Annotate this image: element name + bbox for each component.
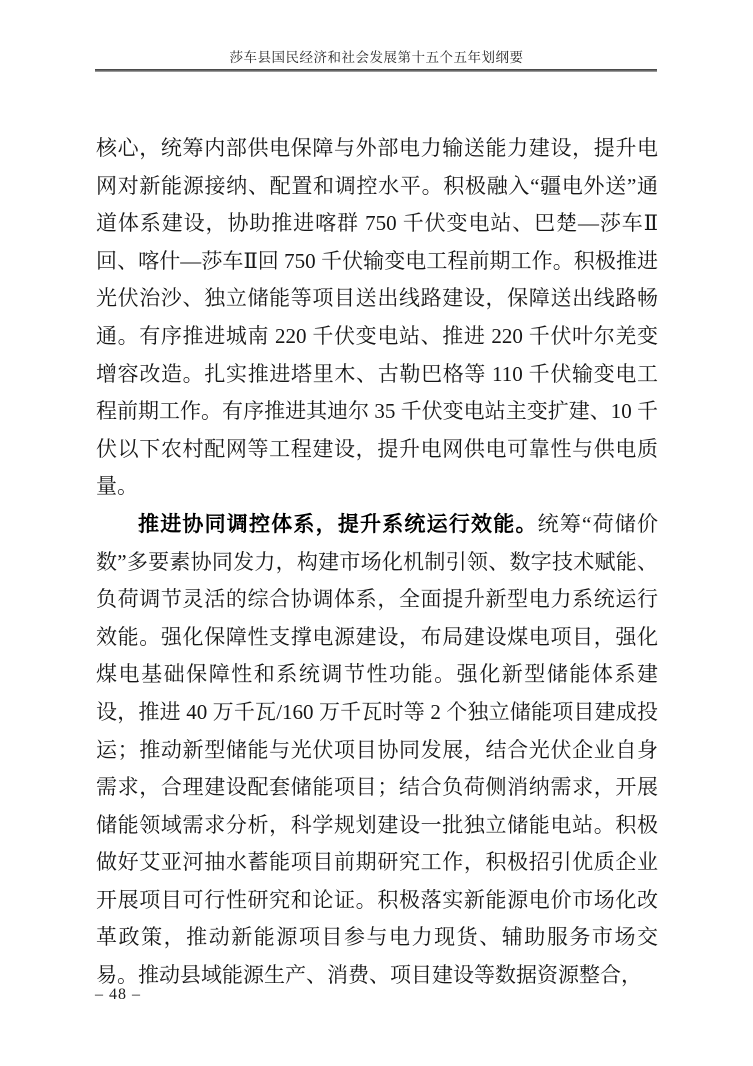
paragraph-lead-bold: 推进协同调控体系，提升系统运行效能。 — [138, 512, 538, 536]
paragraph: 核心，统筹内部供电保障与外部电力输送能力建设，提升电网对新能源接纳、配置和调控水… — [96, 130, 658, 506]
header-title: 莎车县国民经济和社会发展第十五个五年划纲要 — [0, 46, 753, 66]
paragraph-text: 核心，统筹内部供电保障与外部电力输送能力建设，提升电网对新能源接纳、配置和调控水… — [96, 136, 658, 498]
page-footer: – 48 – — [95, 986, 141, 1004]
page-number: – 48 – — [95, 986, 141, 1003]
document-body: 核心，统筹内部供电保障与外部电力输送能力建设，提升电网对新能源接纳、配置和调控水… — [96, 130, 658, 995]
header-rule — [95, 69, 657, 72]
document-page: 莎车县国民经济和社会发展第十五个五年划纲要 核心，统筹内部供电保障与外部电力输送… — [0, 0, 753, 1066]
paragraph: 推进协同调控体系，提升系统运行效能。统筹“荷储价数”多要素协同发力，构建市场化机… — [96, 506, 658, 995]
paragraph-text: 统筹“荷储价数”多要素协同发力，构建市场化机制引领、数字技术赋能、负荷调节灵活的… — [96, 512, 658, 987]
